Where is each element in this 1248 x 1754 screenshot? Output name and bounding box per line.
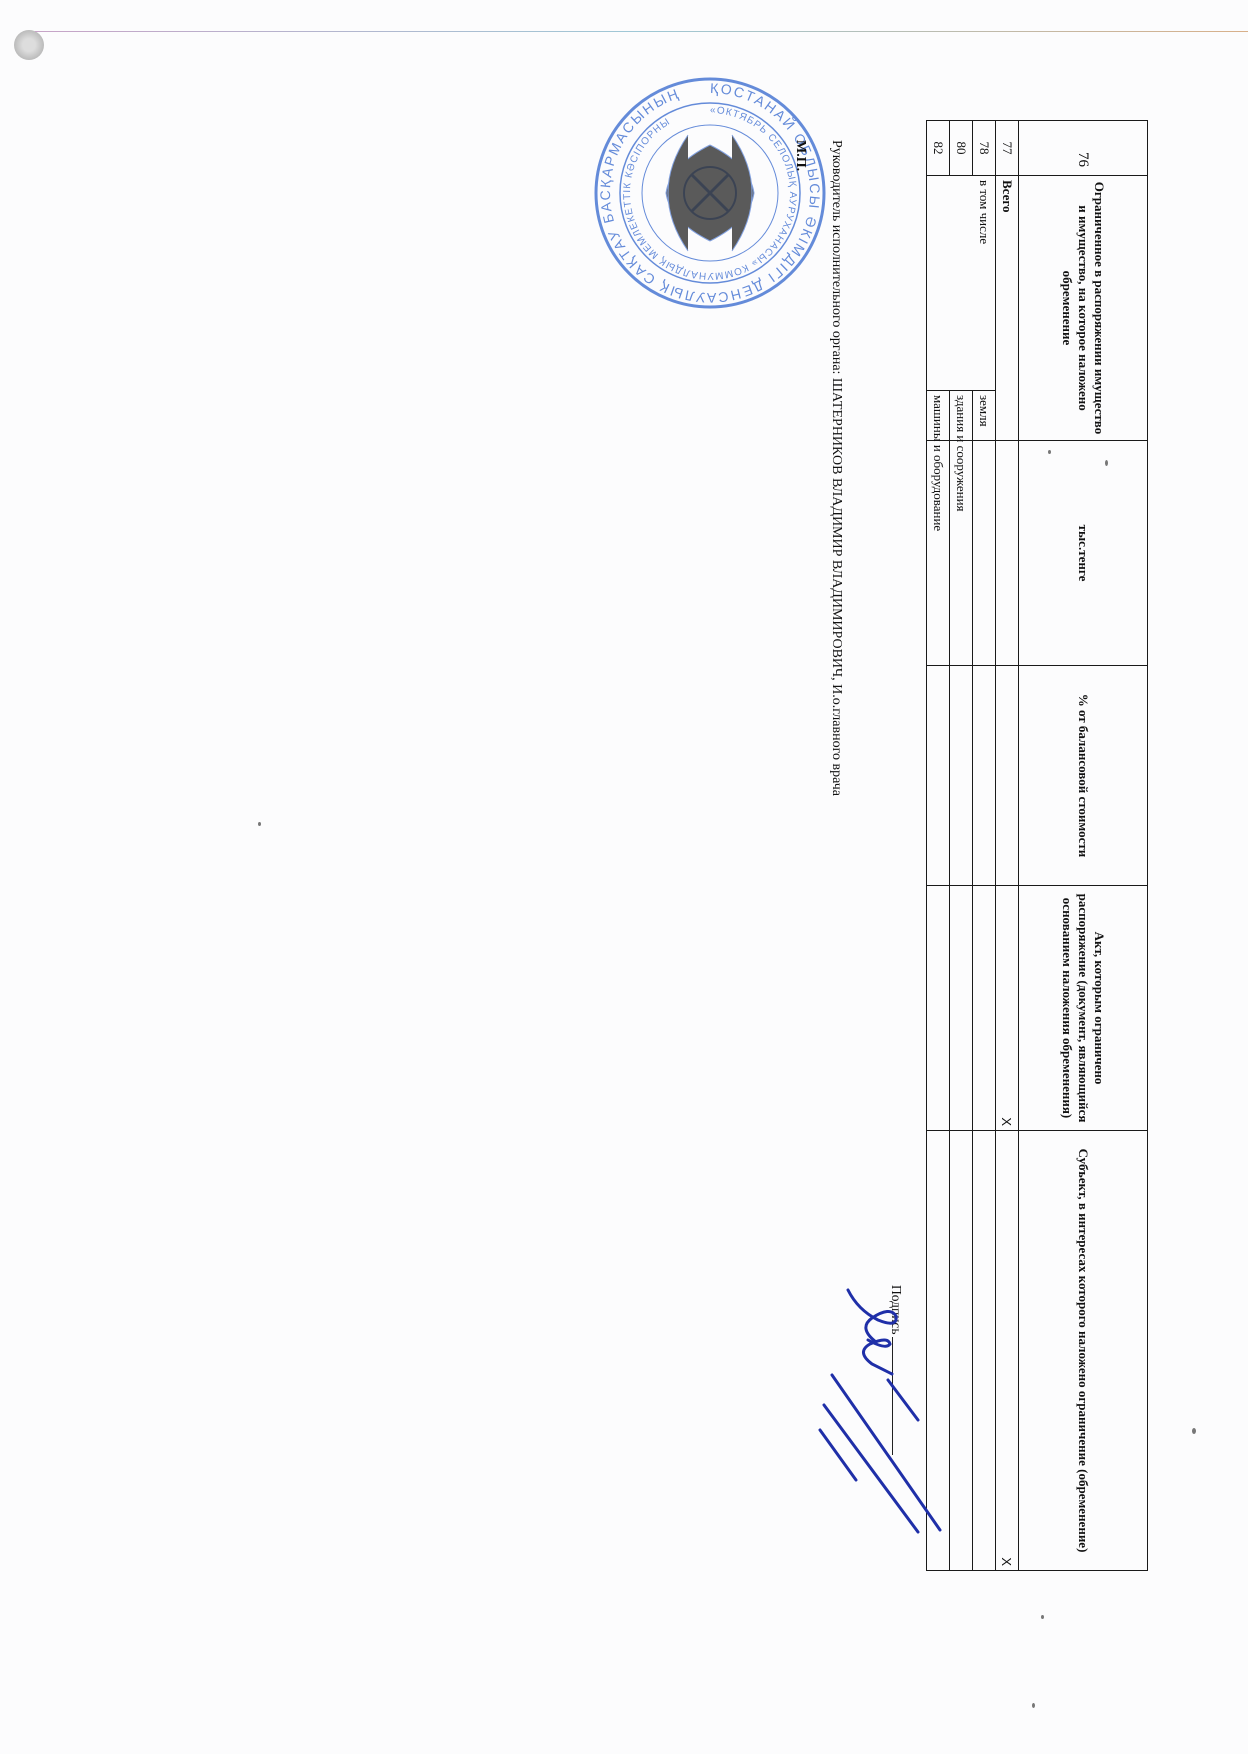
header-subject: Субъект, в интересах которого наложено о…	[1019, 1131, 1148, 1571]
table-header-row: 76 Ограниченное в распоряжении имущество…	[1019, 121, 1148, 1571]
table-row: 77 Всего Х Х	[996, 121, 1019, 1571]
encumbrance-table: 76 Ограниченное в распоряжении имущество…	[926, 120, 1148, 1571]
row-percent	[927, 666, 950, 886]
row-sublabel: здания и сооружения	[950, 391, 973, 441]
header-property: Ограниченное в распоряжении имущество и …	[1019, 176, 1148, 441]
director-line: Руководитель исполнительного органа: ШАТ…	[828, 140, 844, 796]
row-sublabel: земля	[973, 391, 996, 441]
row-label: Всего	[996, 176, 1019, 441]
header-row-number: 76	[1019, 121, 1148, 176]
table-row: 78 в том числе земля	[973, 121, 996, 1571]
row-act	[927, 886, 950, 1131]
row-act: Х	[996, 886, 1019, 1131]
row-percent	[973, 666, 996, 886]
row-percent	[996, 666, 1019, 886]
header-amount: тыс.тенге	[1019, 441, 1148, 666]
handwritten-signature-icon	[808, 1280, 948, 1540]
row-sublabel: машины и оборудование	[927, 391, 950, 441]
rotated-document-page: ҚОСТАНАЙ ОБЛЫСЫ ӘКІМДІГІ ДЕНСАУЛЫҚ САҚТА…	[0, 0, 1248, 1754]
row-number: 78	[973, 121, 996, 176]
row-number: 80	[950, 121, 973, 176]
row-act	[973, 886, 996, 1131]
row-amount	[996, 441, 1019, 666]
row-label: в том числе	[927, 176, 996, 391]
row-number: 82	[927, 121, 950, 176]
row-act	[950, 886, 973, 1131]
row-percent	[950, 666, 973, 886]
official-stamp-icon: ҚОСТАНАЙ ОБЛЫСЫ ӘКІМДІГІ ДЕНСАУЛЫҚ САҚТА…	[592, 75, 828, 311]
stamp-place-label: М.П.	[792, 140, 808, 171]
row-amount	[973, 441, 996, 666]
row-subject: Х	[996, 1131, 1019, 1571]
row-subject	[950, 1131, 973, 1571]
row-number: 77	[996, 121, 1019, 176]
header-act: Акт, которым ограничено распоряжение (до…	[1019, 886, 1148, 1131]
header-percent: % от балансовой стоимости	[1019, 666, 1148, 886]
row-subject	[973, 1131, 996, 1571]
